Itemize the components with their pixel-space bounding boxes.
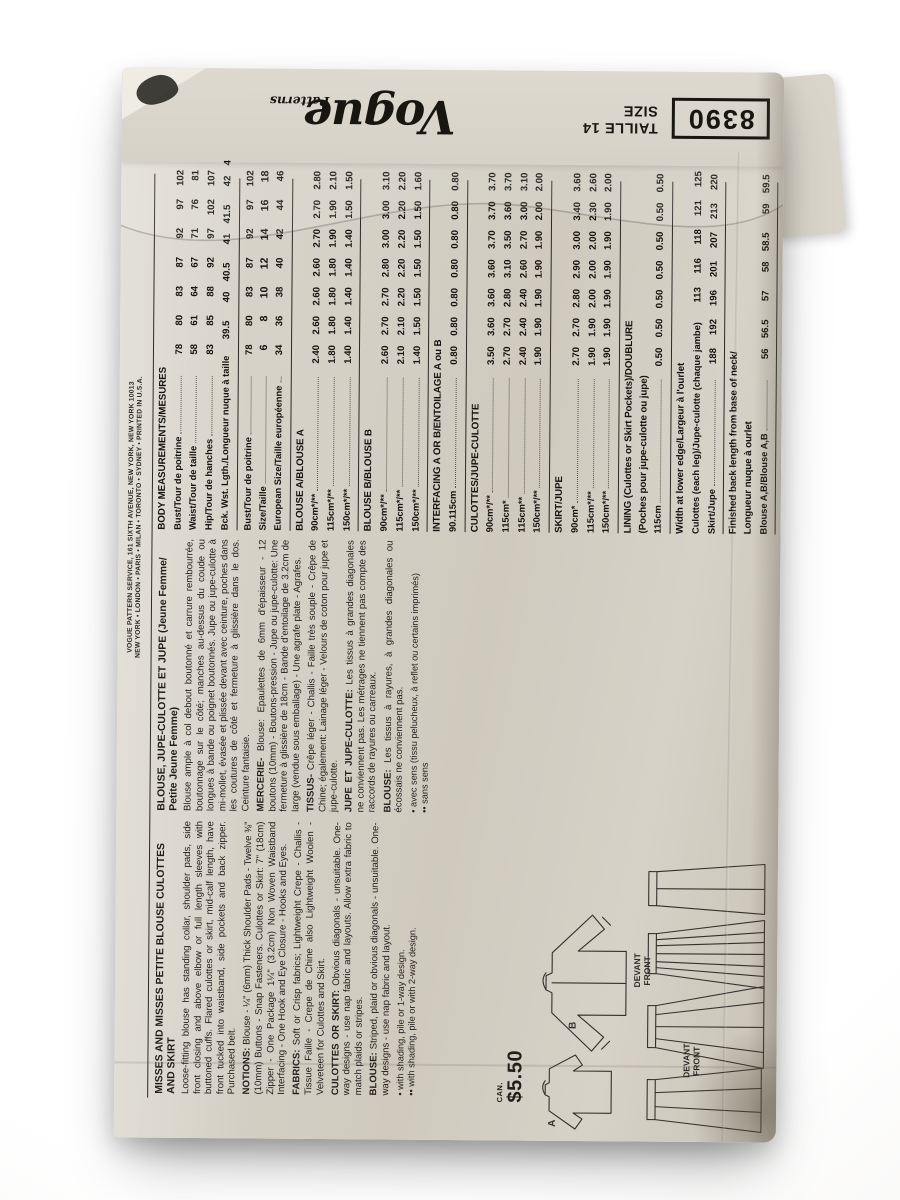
chart-value-cell: 3.60: [502, 201, 517, 230]
chart-value-cell: 1.90: [602, 289, 617, 318]
chart-value-cell: 2.00: [602, 173, 617, 202]
chart-value-cell: 1.80: [326, 345, 341, 374]
chart-value-cell: 92: [173, 228, 188, 257]
chart-value-cell: 1.90: [532, 347, 547, 376]
chart-value-cell: 1.90: [601, 318, 616, 347]
chart-value-cell: 97: [205, 228, 220, 257]
chart-value-cell: 81: [190, 170, 205, 199]
chart-value-cell: 3.10: [380, 171, 395, 200]
chart-value-cell: 220: [708, 174, 723, 203]
chart-value-cell: 46: [274, 171, 289, 200]
chart-value-cell: 2.70: [501, 346, 516, 375]
dotted-leader: [210, 376, 212, 436]
chart-value-cell: 0.50: [653, 348, 668, 377]
chart-value-cell: 1.90: [327, 200, 342, 229]
dotted-leader: [576, 379, 579, 503]
paragraph: TISSUS- Crêpe léger - Challis - Faille t…: [305, 540, 342, 812]
chart-value-cell: 2.60: [517, 260, 532, 289]
chart-value-cell: 2.00: [533, 202, 548, 231]
dotted-leader: [491, 378, 494, 492]
size-label: TAILLE: [604, 119, 657, 135]
paragraph: MERCERIE- Blouse: Epaulettes de 6mm d'ép…: [255, 539, 304, 811]
chart-section-rule: [236, 178, 240, 530]
dotted-leader: [454, 378, 457, 488]
chart-value-cell: 2.80: [312, 171, 327, 200]
chart-value-cell: 64: [189, 286, 204, 315]
chart-value-cell: 88: [204, 286, 219, 315]
chart-row-label: 90cm*/**: [308, 494, 323, 531]
size-block: TAILLE 14 SIZE: [582, 101, 658, 136]
chart-value-cell: 102: [244, 170, 259, 199]
chart-value-cell: 3.00: [380, 200, 395, 229]
chart-value-cell: 1.90: [602, 231, 617, 260]
chart-row-label: Bust/Tour de poitrine: [170, 436, 185, 529]
chart-row-label: Waist/Tour de taille: [186, 446, 201, 530]
chart-row-label: 90.115cm: [446, 491, 461, 532]
dotted-leader: [523, 379, 526, 494]
dotted-leader: [280, 377, 282, 383]
chart-value-cell: 192: [707, 319, 722, 348]
size-word: SIZE: [582, 101, 657, 119]
chart-section-rule: [618, 181, 622, 533]
chart-value-cell: 3.50: [502, 230, 517, 259]
chart-value-cell: 2.90: [570, 260, 585, 289]
chart-value-cell: 87: [243, 257, 258, 286]
chart-value-cell: 2.20: [396, 172, 411, 201]
top-rule: [147, 174, 155, 1098]
chart-value-cell: 1.50: [343, 171, 358, 200]
chart-value-cell: 1.90: [602, 260, 617, 289]
chart-row: 150cm*/**1.901.901.901.901.901.902.00: [599, 173, 618, 533]
chart-value-cell: 1.50: [411, 230, 426, 259]
chart-value-cell: 1.90: [533, 318, 548, 347]
chart-value-cell: 12: [258, 257, 273, 286]
chart-value-cell: 0.80: [449, 201, 464, 230]
chart-row: Bck. Wst. Lgth./Longueur nuque à taille3…: [217, 170, 236, 530]
chart-value-cell: 0.50: [654, 203, 669, 232]
chart-value-cell: 2.40: [310, 345, 325, 374]
chart-value-cell: 3.60: [571, 173, 586, 202]
chart-value-cell: 42: [221, 176, 236, 205]
chart-value-cell: 1.90: [601, 347, 616, 376]
chart-value-cell: 3.00: [380, 229, 395, 258]
chart-value-cell: 1.40: [342, 258, 357, 287]
chart-value-cell: 2.60: [379, 345, 394, 374]
chart-value-cell: 78: [173, 344, 188, 373]
chart-value-cell: 34: [273, 345, 288, 374]
column-body-english: Loose-fitting blouse has standing collar…: [180, 821, 419, 1096]
chart-value-cell: 0.50: [654, 232, 669, 261]
dotted-leader: [416, 378, 419, 487]
chart-value-cell: 3.40: [571, 202, 586, 231]
chart-row-label: Bust/Tour de poitrine: [240, 437, 255, 530]
chart-value-cell: 2.80: [570, 289, 585, 318]
chart-value-cell: 2.70: [311, 200, 326, 229]
paragraph: BLOUSE: Striped, plaid or obvious diagon…: [368, 822, 393, 1095]
chart-row: Skirt/Jupe188192196201207213220: [704, 174, 723, 534]
chart-value-cell: 3.00: [518, 202, 533, 231]
dotted-leader: [316, 377, 319, 491]
chart-value-cell: 2.60: [587, 173, 602, 202]
chart-value-cell: 2.00: [534, 173, 549, 202]
size-chart: BODY MEASUREMENTS/MESURESBust/Tour de po…: [156, 170, 780, 535]
skirt-narrow-drawing: [649, 864, 765, 915]
chart-value-cell: 0.50: [654, 261, 669, 290]
paragraph: NOTIONS: Blouse - ¼" (6mm) Thick Shoulde…: [242, 821, 291, 1094]
paragraph-lead: CULOTTES OR SKIRT:: [330, 986, 342, 1095]
chart-row-label: 115cm*: [499, 500, 514, 532]
chart-value-cell: 92: [205, 257, 220, 286]
footnote: •• sans sens: [420, 541, 433, 813]
chart-value-cell: 2.60: [311, 287, 326, 316]
chart-section-heading: SKIRT/JUPE: [553, 173, 571, 533]
chart-value-cell: 118: [692, 229, 707, 258]
chart-value-cell: 0.50: [654, 290, 669, 319]
dotted-leader: [332, 377, 335, 486]
view-b-label: B: [568, 1022, 579, 1029]
chart-value-cell: 0.80: [448, 317, 463, 346]
chart-value-cell: 83: [204, 344, 219, 373]
footnote: •• with shading, pile or with 2-way desi…: [406, 823, 419, 1096]
dotted-leader: [348, 377, 351, 486]
dotted-leader: [179, 376, 181, 434]
chart-value-cell: 83: [243, 286, 258, 315]
chart-value-cell: 3.60: [486, 259, 501, 288]
chart-value-cell: 3.60: [486, 288, 501, 317]
chart-value-cell: 40: [220, 292, 235, 321]
chart-row-label: Size/Taille: [256, 486, 271, 530]
chart-section-rule: [358, 179, 362, 531]
chart-value-cell: 71: [189, 228, 204, 257]
publisher-address: VOGUE PATTERN SERVICE, 161 SIXTH AVENUE,…: [126, 334, 146, 699]
chart-value-cell: 3.50: [485, 346, 500, 375]
chart-value-cell: 1.50: [411, 201, 426, 230]
paragraph-lead: FABRICS:: [291, 1045, 302, 1095]
chart-row-label: Bck. Wst. Lgth./Longueur nuque à taille: [217, 356, 233, 531]
chart-value-cell: 38: [273, 287, 288, 316]
chart-row-label: 90cm*/**: [483, 495, 498, 532]
chart-value-cell: 1.40: [342, 316, 357, 345]
paragraph: CULOTTES OR SKIRT: Obvious diagonals - u…: [330, 822, 367, 1095]
chart-value-cell: 1.40: [342, 229, 357, 258]
chart-value-cell: 1.80: [327, 258, 342, 287]
chart-value-cell: 102: [205, 199, 220, 228]
column-french: BLOUSE, JUPE-CULOTTE ET JUPE (Jeune Femm…: [156, 539, 432, 813]
chart-row-label: European Size/Taille européenne: [271, 386, 287, 531]
chart-value-cell: 18: [258, 170, 273, 199]
chart-row-label: 150cm*/**: [530, 490, 545, 533]
chart-value-cell: 2.80: [501, 288, 516, 317]
chart-value-cell: 196: [707, 290, 722, 319]
paragraph-lead: BLOUSE:: [368, 1049, 379, 1095]
chart-value-cell: 2.20: [396, 230, 411, 259]
chart-value-cell: 0.50: [653, 319, 668, 348]
chart-row-label: 150cm*/**: [599, 491, 614, 534]
chart-value-cell: 1.40: [342, 345, 357, 374]
dotted-leader: [195, 376, 198, 443]
chart-value-cell: 97: [243, 199, 258, 228]
chart-value-cell: 2.70: [311, 229, 326, 258]
chart-value-cell: 2.20: [395, 259, 410, 288]
dotted-leader: [401, 378, 404, 487]
chart-value-cell: 2.10: [327, 171, 342, 200]
chart-value-cell: 2.60: [310, 316, 325, 345]
chart-value-cell: 2.80: [380, 258, 395, 287]
chart-value-cell: 207: [707, 232, 722, 261]
chart-value-cell: 3.00: [571, 231, 586, 260]
chart-value-cell: 1.90: [586, 318, 601, 347]
chart-value-cell: 2.20: [395, 288, 410, 317]
chart-value-cell: 201: [707, 261, 722, 290]
dotted-leader: [385, 377, 388, 491]
chart-value-cell: 0.80: [449, 230, 464, 259]
chart-value-cell: 41.5: [221, 205, 236, 234]
chart-value-cell: 2.70: [570, 347, 585, 376]
chart-value-cell: 2.60: [311, 258, 326, 287]
dotted-leader: [264, 377, 267, 484]
chart-value-cell: 8: [257, 315, 272, 344]
chart-value-cell: 3.10: [518, 173, 533, 202]
chart-value-cell: 2.10: [395, 317, 410, 346]
chart-value-cell: 1.90: [602, 202, 617, 231]
chart-value-cell: 1.50: [411, 259, 426, 288]
chart-row-label: 115cm*/**: [392, 490, 407, 532]
chart-section-rule: [289, 179, 293, 531]
view-a-label: A: [547, 1120, 558, 1127]
dotted-leader: [591, 379, 594, 488]
chart-value-cell: 125: [692, 171, 707, 200]
paragraph: Blouse ample à col debout boutonné et ca…: [182, 539, 254, 812]
chart-value-cell: 42.5: [221, 159, 236, 175]
chart-section-heading: BLOUSE B/BLOUSE B: [362, 171, 380, 531]
chart-value-cell: 1.90: [533, 260, 548, 289]
price-block: CAN. $5.50: [495, 1050, 527, 1103]
chart-value-cell: 3.70: [487, 172, 502, 201]
dotted-leader: [249, 376, 251, 434]
chart-row: European Size/Taille européenne343638404…: [271, 171, 290, 531]
chart-value-cell: 1.40: [410, 346, 425, 375]
chart-value-cell: 3.10: [502, 259, 517, 288]
chart-section-rule: [670, 182, 674, 534]
chart-value-cell: 78: [242, 344, 257, 373]
chart-row: 150cm*/**1.901.901.901.901.902.002.00: [530, 173, 549, 533]
chart-value-cell: 85: [204, 315, 219, 344]
chart-value-cell: 0.80: [448, 288, 463, 317]
chart-value-cell: 0.50: [655, 174, 670, 203]
chart-row-label: Hip/Tour de hanches: [202, 439, 217, 530]
chart-value-cell: 92: [243, 228, 258, 257]
chart-section-rule: [464, 180, 468, 532]
chart-value-cell: 2.70: [379, 316, 394, 345]
paragraph-lead: NOTIONS:: [242, 1045, 253, 1095]
chart-value-cell: 2.70: [501, 317, 516, 346]
chart-section-rule: [549, 181, 553, 533]
pattern-number: 8390: [687, 104, 755, 135]
chart-value-cell: 3.70: [486, 201, 501, 230]
chart-row: 150cm*/**1.401.401.401.401.401.501.50: [339, 171, 358, 531]
chart-value-cell: 2.00: [586, 260, 601, 289]
chart-value-cell: 1.90: [533, 231, 548, 260]
chart-value-cell: 0.80: [448, 259, 463, 288]
chart-value-cell: 2.10: [395, 346, 410, 375]
chart-value-cell: 102: [174, 170, 189, 199]
chart-value-cell: 58: [188, 344, 203, 373]
chart-value-cell: 44: [274, 200, 289, 229]
dotted-leader: [607, 379, 610, 488]
chart-value-cell: 2.20: [396, 201, 411, 230]
chart-value-cell: 42: [274, 229, 289, 258]
chart-value-cell: 40: [273, 258, 288, 287]
chart-value-cell: 107: [205, 170, 220, 199]
chart-row-label: 90cm*/**: [377, 494, 392, 531]
brand-subname: Patterns: [270, 94, 329, 109]
chart-value-cell: 1.50: [411, 317, 426, 346]
chart-value-cell: 80: [243, 315, 258, 344]
chart-value-cell: 113: [691, 287, 706, 316]
chart-value-cell: 39.5: [220, 321, 235, 350]
chart-value-cell: 116: [691, 258, 706, 287]
paragraph: Loose-fitting blouse has standing collar…: [180, 821, 240, 1094]
chart-row-label: 150cm*/**: [339, 489, 354, 532]
chart-value-cell: 14: [258, 228, 273, 257]
chart-row: 90.115cm0.800.800.800.800.800.800.80: [446, 172, 465, 532]
chart-value-cell: 2.00: [586, 231, 601, 260]
chart-row-label: 150cm*/**: [408, 489, 423, 532]
chart-value-cell: 1.60: [412, 172, 427, 201]
chart-value-cell: 0.80: [448, 346, 463, 375]
chart-value-cell: 41: [220, 234, 235, 263]
paragraph: BLOUSE: Les tissus à rayures, à grandes …: [382, 540, 407, 812]
chart-value-cell: 36: [273, 316, 288, 345]
chart-section-heading: INTERFACING A OR B/ENTOILAGE A ou B: [431, 172, 449, 532]
chart-value-cell: 1.80: [326, 316, 341, 345]
price-currency: CAN.: [495, 1050, 504, 1103]
chart-value-cell: 67: [189, 257, 204, 286]
chart-value-cell: 6: [257, 344, 272, 373]
chart-value-cell: 2.70: [570, 318, 585, 347]
chart-row: 115cm0.500.500.500.500.500.500.50: [651, 174, 670, 534]
chart-row: 150cm*/**1.401.501.501.501.501.501.60: [408, 172, 427, 532]
chart-value-cell: 3.60: [485, 317, 500, 346]
dotted-leader: [538, 379, 541, 488]
chart-row-label: 115cm: [651, 505, 666, 534]
flap-print: 8390 TAILLE 14 SIZE Vogue Patterns: [121, 67, 784, 166]
chart-value-cell: 80: [173, 315, 188, 344]
price-amount: $5.50: [504, 1050, 527, 1103]
chart-value-cell: 10: [257, 286, 272, 315]
photo-scene: 8390 TAILLE 14 SIZE Vogue Patterns VOGUE…: [0, 0, 900, 1200]
chart-value-cell: 83: [173, 286, 188, 315]
chart-value-cell: 1.90: [533, 289, 548, 318]
chart-value-cell: 40.5: [220, 263, 235, 292]
chart-value-cell: 3.70: [502, 172, 517, 201]
paragraph: FABRICS: Soft or Crisp fabrics; Lightwei…: [291, 822, 328, 1095]
envelope-flap: 8390 TAILLE 14 SIZE Vogue Patterns: [121, 67, 784, 166]
chart-value-cell: 2.70: [379, 287, 394, 316]
chart-value-cell: 1.90: [585, 347, 600, 376]
pattern-envelope-back: 8390 TAILLE 14 SIZE Vogue Patterns VOGUE…: [114, 67, 784, 1142]
chart-value-cell: 121: [692, 200, 707, 229]
chart-value-cell: 97: [174, 199, 189, 228]
dotted-leader: [507, 378, 510, 497]
chart-row-label: 115cm*/**: [583, 491, 598, 533]
size-value: 14: [582, 119, 599, 135]
dotted-leader: [659, 380, 662, 503]
column-heading-french: BLOUSE, JUPE-CULOTTE ET JUPE (Jeune Femm…: [156, 539, 182, 811]
chart-row-label: 115cm**: [514, 497, 529, 533]
chart-value-cell: 61: [188, 315, 203, 344]
paragraph-lead: TISSUS-: [305, 770, 316, 812]
chart-value-cell: 2.40: [517, 289, 532, 318]
column-body-french: Blouse ample à col debout boutonné et ca…: [182, 539, 432, 813]
address-line-2: NEW YORK • LONDON • PARIS • MILAN • TORO…: [135, 335, 146, 700]
column-heading-english: MISSES AND MISSES PETITE BLOUSE CULOTTES…: [154, 821, 180, 1094]
chart-value-cell: 1.80: [326, 287, 341, 316]
chart-value-cell: 87: [173, 257, 188, 286]
chart-row-label: 90cm*: [567, 506, 582, 534]
chart-section-rule: [723, 182, 727, 534]
chart-value-cell: 2.40: [517, 318, 532, 347]
paragraph-lead: JUPE ET JUPE-CULOTTE:: [344, 685, 356, 813]
chart-value-cell: 2.00: [586, 289, 601, 318]
paragraph-lead: MERCERIE-: [255, 751, 266, 812]
brand-logo: Vogue Patterns: [304, 89, 456, 144]
chart-value-cell: 1.40: [342, 287, 357, 316]
chart-value-cell: 2.30: [587, 202, 602, 231]
chart-value-cell: 188: [706, 348, 721, 377]
chart-value-cell: 1.90: [327, 229, 342, 258]
dotted-leader: [712, 380, 715, 486]
crumpled-corner: [612, 919, 784, 1142]
chart-value-cell: 2.40: [517, 347, 532, 376]
chart-value-cell: 213: [707, 203, 722, 232]
chart-value-cell: 1.50: [343, 200, 358, 229]
column-english: MISSES AND MISSES PETITE BLOUSE CULOTTES…: [154, 821, 419, 1096]
chart-section-rule: [427, 180, 431, 532]
paragraph: JUPE ET JUPE-CULOTTE: Les tissus à grand…: [344, 540, 381, 812]
chart-value-cell: 76: [189, 199, 204, 228]
chart-value-cell: 3.70: [486, 230, 501, 259]
chart-value-cell: 16: [258, 199, 273, 228]
chart-value-cell: 1.50: [411, 288, 426, 317]
chart-value-cell: 2.70: [517, 231, 532, 260]
paragraph-lead: BLOUSE:: [382, 763, 393, 813]
chart-value-cell: 0.80: [449, 172, 464, 201]
size-line: TAILLE 14: [582, 118, 657, 136]
chart-row-label: Culottes (each leg)/Jupe-culotte (chaque…: [688, 322, 704, 534]
chart-row-label: Skirt/Jupe: [704, 489, 719, 534]
chart-row-label: 115cm*/**: [324, 489, 339, 531]
